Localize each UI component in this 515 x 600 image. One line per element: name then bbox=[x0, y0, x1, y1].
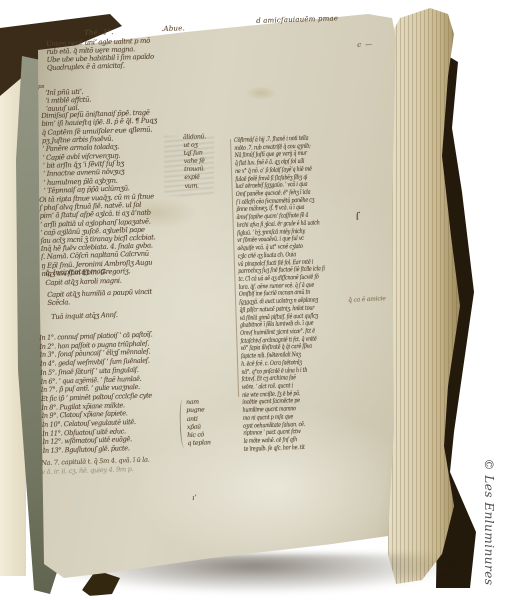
credit-watermark: © Les Enluminures bbox=[480, 436, 496, 600]
quire-signature: ıʼ bbox=[192, 494, 197, 502]
right-column-text: Cōfirmāſ ā hij .7. ſhanē i noti tellamōt… bbox=[234, 133, 368, 453]
running-header-center: .Abue. bbox=[161, 24, 185, 33]
margin-letter-c: c — bbox=[357, 40, 373, 49]
running-header-left: Thē. 1°. bbox=[84, 28, 114, 37]
photograph-of-medieval-manuscript: { "credit": "© Les Enluminures", "page":… bbox=[0, 0, 515, 600]
left-column-ps-marker: ps bbox=[38, 84, 45, 90]
left-column-sidenotes: ālidonū.ut oʒtqſ ſunvahe ſētrouaū.expiēv… bbox=[183, 132, 235, 190]
left-column-intro: Unum necē uniʼ agle ualtnt p mōrub etā. … bbox=[46, 34, 239, 72]
left-column-brace-words: nampugneantixp̄aūhic cōq teplan bbox=[186, 398, 211, 448]
